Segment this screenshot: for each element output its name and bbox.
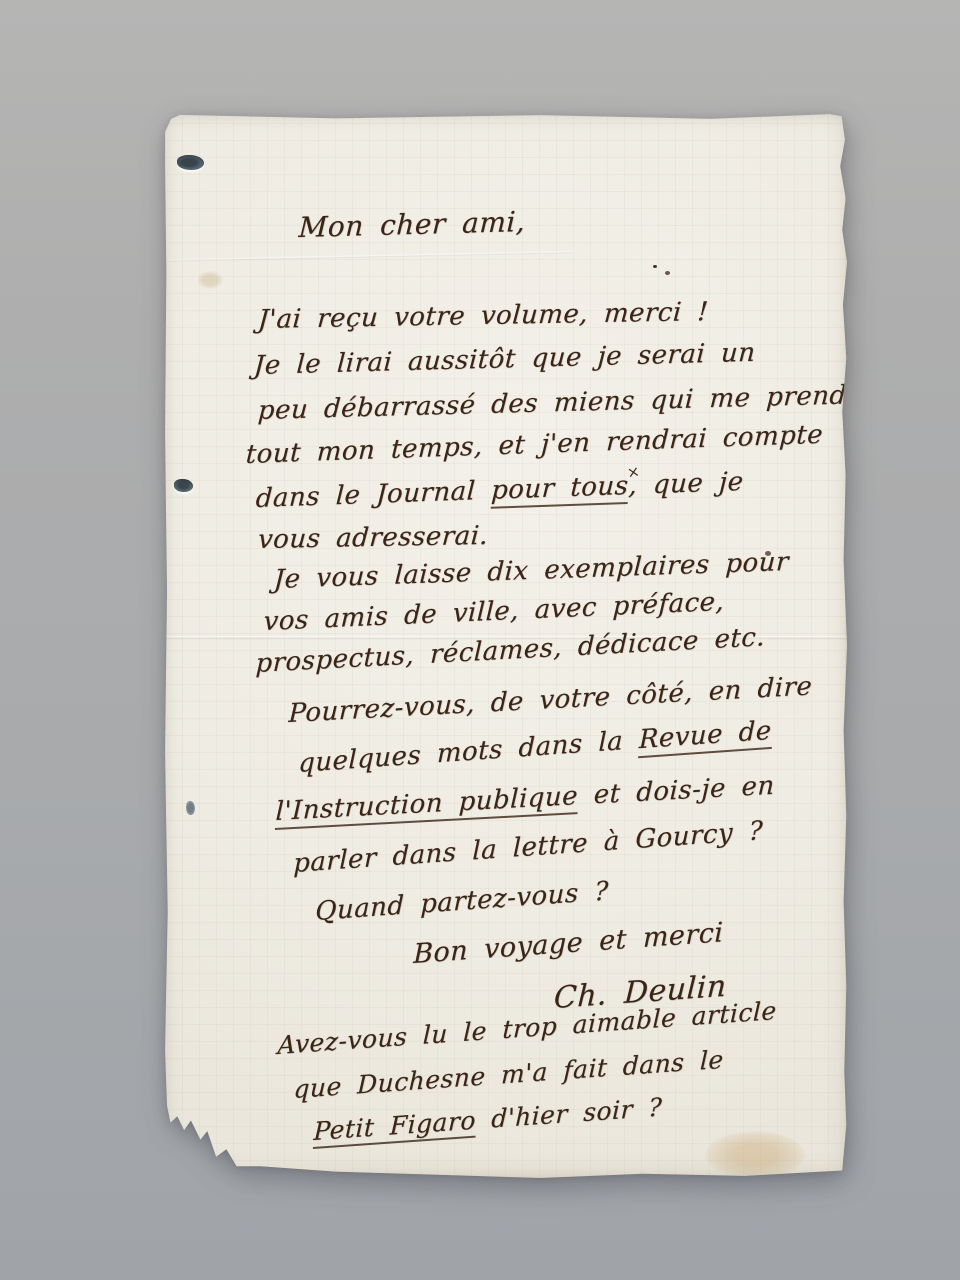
body-line-segment: , que je <box>628 467 745 501</box>
body-line: peu débarrassé des miens qui me prend <box>257 381 848 426</box>
body-line: tout mon temps, et j'en rendrai compte <box>245 420 824 470</box>
body-line: quelques mots dans la Revue de <box>298 716 772 779</box>
body-line: Quand partez-vous ? <box>315 876 609 927</box>
salutation-line: Mon cher ami, <box>298 205 526 244</box>
paper-wrapper: Mon cher ami, J'ai reçu votre volume, me… <box>165 113 847 1178</box>
underlined-revue-title: Revue de <box>639 716 772 758</box>
correction-mark: × <box>626 462 642 482</box>
postscript-line: Petit Figaro d'hier soir ? <box>313 1092 663 1146</box>
body-line: dans le Journal pour tous, que je <box>255 467 744 514</box>
body-line: parler dans la lettre à Gourcy ? <box>293 816 763 879</box>
underlined-revue-title: l'Instruction publique <box>275 781 579 830</box>
body-line-segment: dans le Journal <box>255 476 492 514</box>
body-line-segment: quelques mots dans la <box>298 725 639 779</box>
underlined-figaro-title: Petit Figaro <box>313 1106 477 1150</box>
underlined-journal-title: pour tous <box>490 471 629 509</box>
body-line: l'Instruction publique et dois-je en <box>275 771 775 827</box>
body-line: vous adresserai. <box>257 521 489 555</box>
postscript-segment: d'hier soir ? <box>475 1092 662 1134</box>
body-line: Je le lirai aussitôt que je serai un <box>253 338 756 381</box>
letter-photo: Mon cher ami, J'ai reçu votre volume, me… <box>0 0 960 1280</box>
body-line: J'ai reçu votre volume, merci ! <box>257 297 709 335</box>
letter-paper: Mon cher ami, J'ai reçu votre volume, me… <box>165 113 847 1178</box>
closing-line: Bon voyage et merci <box>413 917 724 970</box>
letter-text: Mon cher ami, J'ai reçu votre volume, me… <box>165 113 847 1178</box>
body-line-segment: et dois-je en <box>577 771 775 811</box>
